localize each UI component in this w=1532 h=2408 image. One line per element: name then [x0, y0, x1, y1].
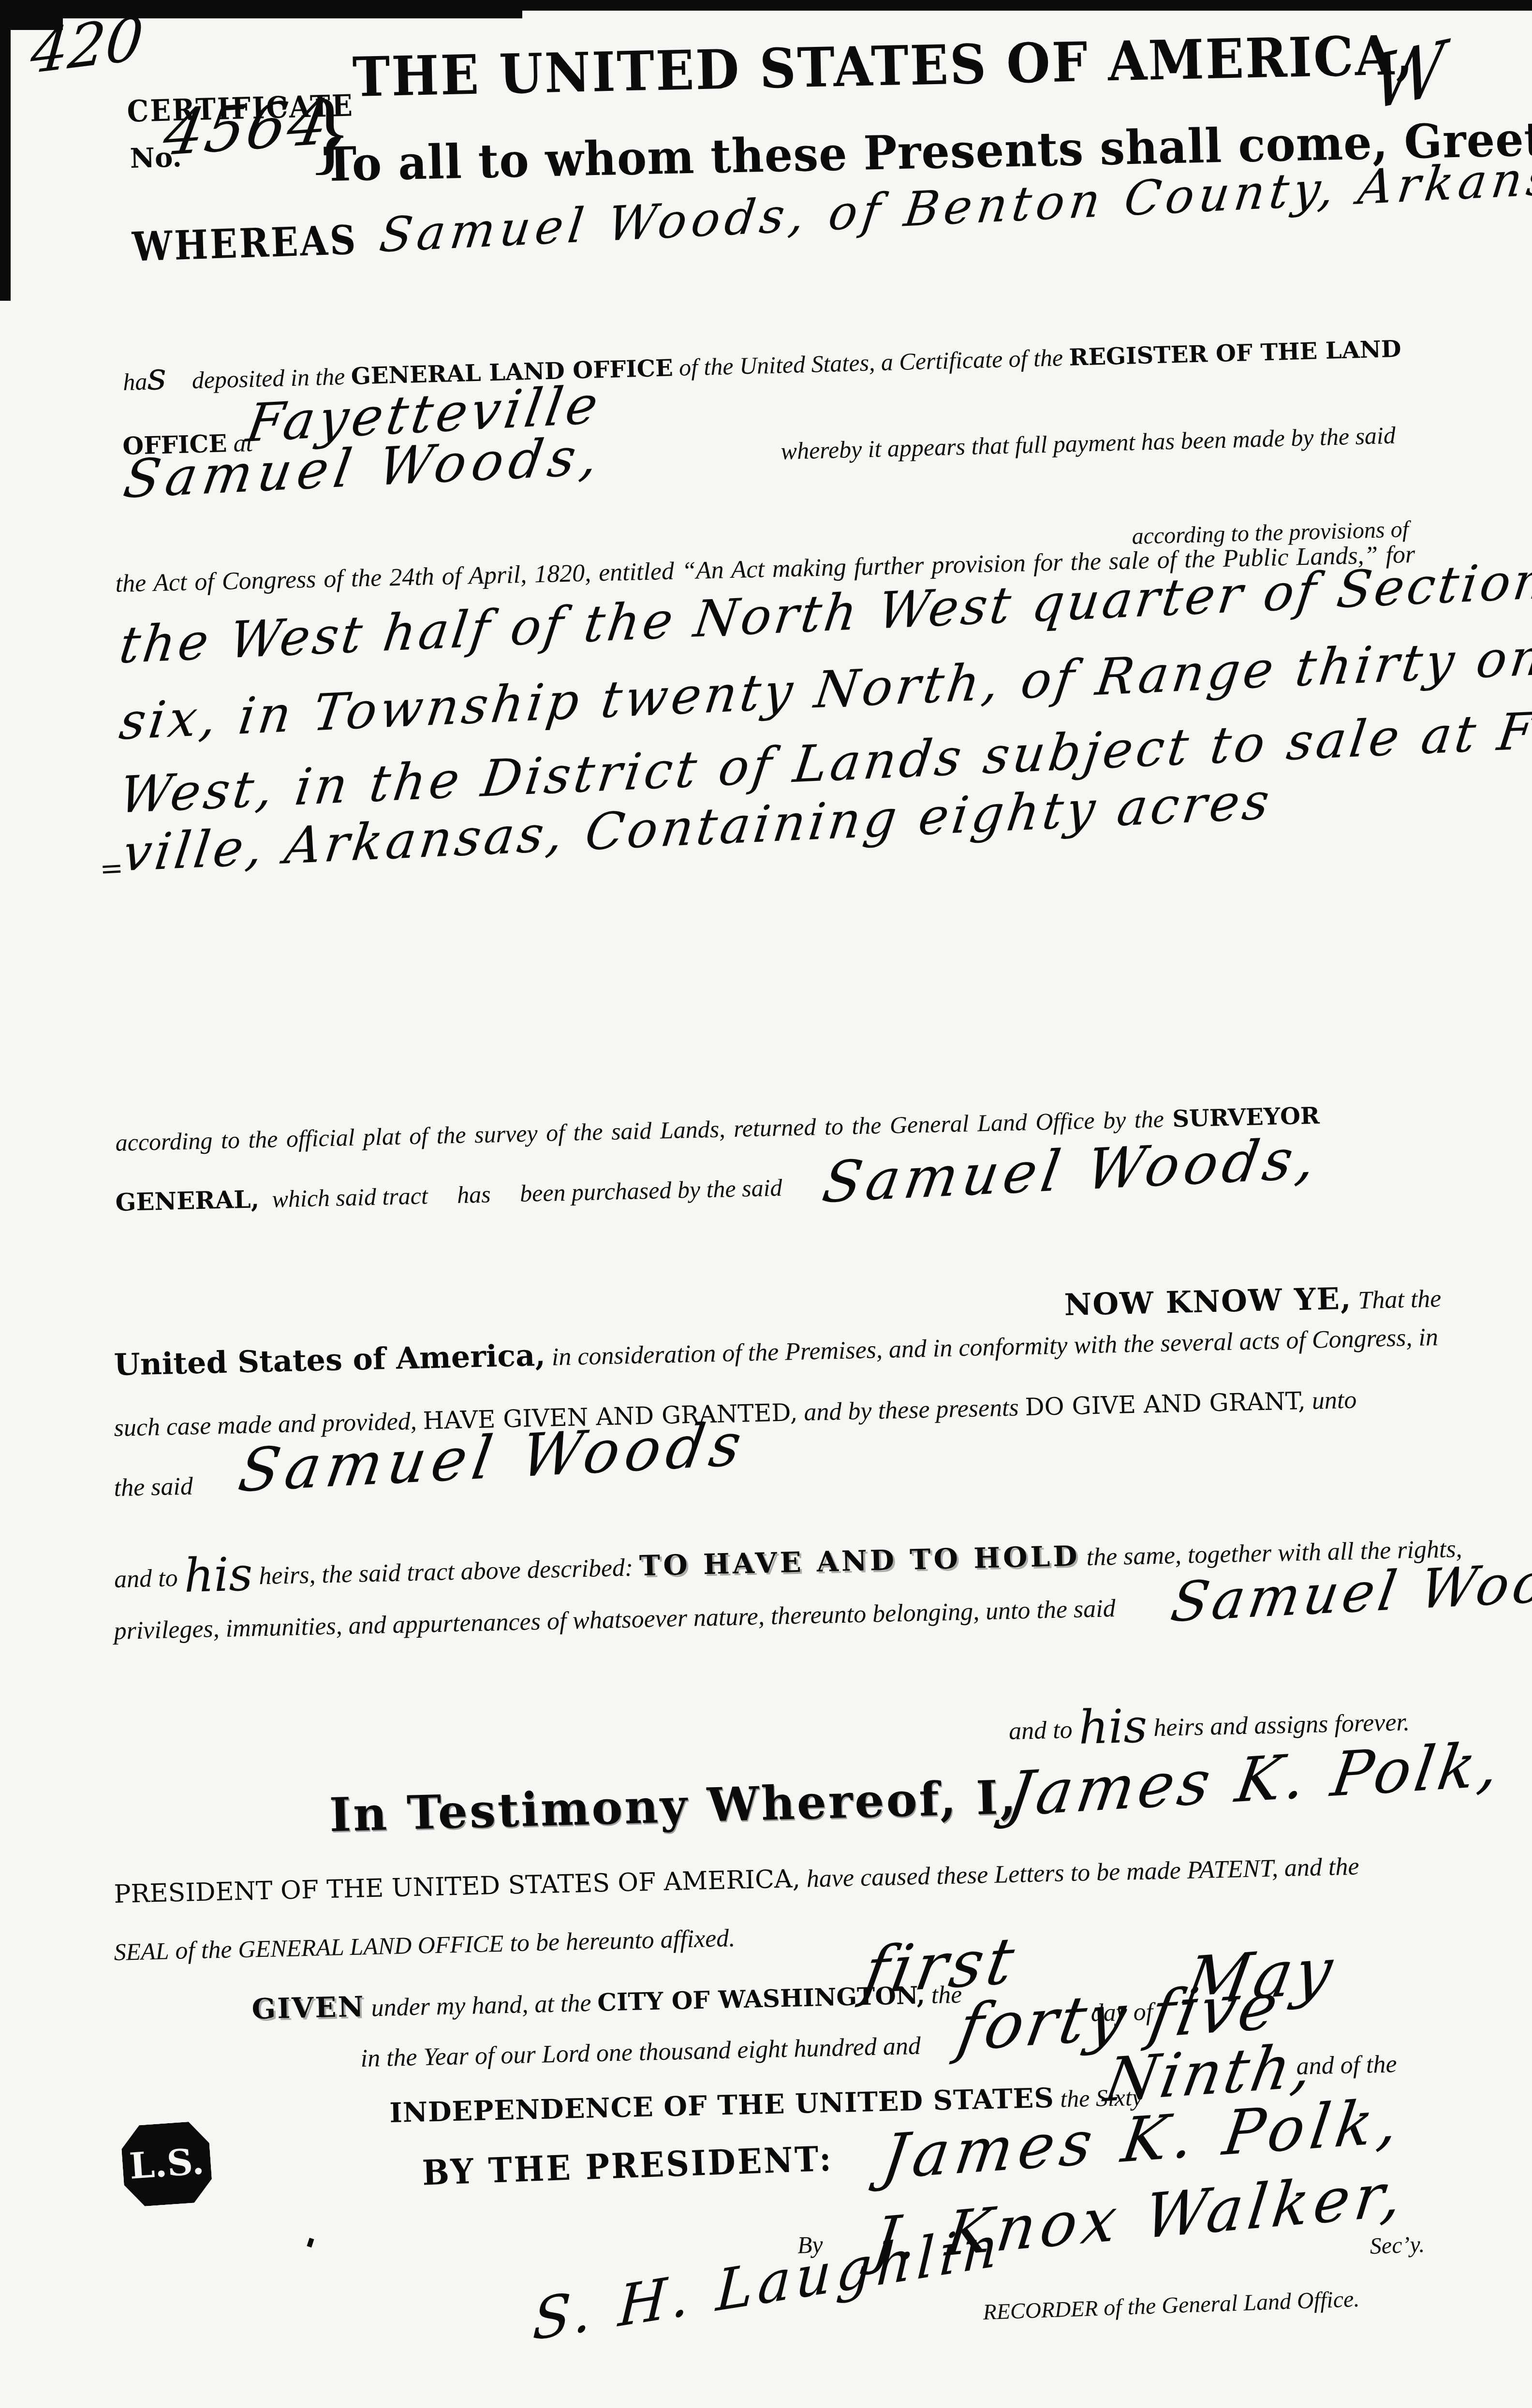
- such-case-c: and by these presents: [804, 1394, 1019, 1426]
- deposit-t2: of the United States, a Certificate of t…: [678, 344, 1063, 381]
- by-the-president: BY THE PRESIDENT:: [422, 2141, 834, 2190]
- recorder-rest: of the General Land Office.: [1103, 2286, 1360, 2320]
- now-know-ye-line: NOW KNOW YE, That the: [1064, 1281, 1442, 1320]
- plat-t3: been purchased by the said: [519, 1174, 782, 1207]
- president-line: PRESIDENT OF THE UNITED STATES OF AMERIC…: [114, 1854, 1359, 1908]
- deposit-whereby: whereby it appears that full payment has…: [781, 423, 1396, 463]
- scan-edge-top-right: [551, 2, 1532, 10]
- president-caps: PRESIDENT OF THE UNITED STATES OF AMERIC…: [114, 1865, 801, 1909]
- deposit-register: REGISTER OF THE LAND: [1069, 336, 1401, 371]
- corner-mark: W: [1371, 31, 1446, 121]
- given-line: GIVEN under my hand, at the CITY OF WASH…: [251, 1979, 962, 2024]
- deposit-has-hw: s: [147, 355, 167, 399]
- seal-of-the: of the: [175, 1936, 232, 1965]
- his-2: his: [1078, 1699, 1148, 1755]
- ls-seal: L.S.: [120, 2120, 213, 2207]
- recorder-signature: S. H. Laughlin: [531, 2217, 1004, 2349]
- plat-purchaser: Samuel Woods,: [819, 1131, 1324, 1211]
- privileges-line: privileges, immunities, and appurtenance…: [114, 1596, 1116, 1644]
- usa-line: United States of America, in considerati…: [114, 1320, 1438, 1380]
- plat-line-2: GENERAL, which said tract has been purch…: [115, 1175, 782, 1215]
- in-testimony: In Testimony Whereof, I,: [329, 1774, 1018, 1838]
- to-have-and-to-hold: TO HAVE AND TO HOLD: [639, 1540, 1080, 1583]
- scan-edge-left-strip: [0, 0, 11, 301]
- seal-affixed: to be hereunto affixed.: [510, 1924, 736, 1957]
- now-know-ye: NOW KNOW YE,: [1064, 1281, 1352, 1322]
- usa-bold: United States of America,: [114, 1337, 546, 1382]
- such-case-e: unto: [1311, 1386, 1357, 1415]
- plat-has: has: [457, 1180, 491, 1208]
- page-number: 420: [29, 9, 146, 83]
- habendum-t3: heirs, the said tract above described:: [259, 1554, 633, 1590]
- plat-general: GENERAL,: [115, 1185, 260, 1217]
- whereas-label: WHEREAS: [132, 220, 358, 267]
- given-word: GIVEN: [251, 1990, 365, 2026]
- his-1: his: [183, 1547, 253, 1603]
- ls-seal-text: L.S.: [128, 2144, 205, 2185]
- and-to-1: and to: [114, 1564, 178, 1593]
- deposit-line-1: has deposited in the GENERAL LAND OFFICE…: [122, 325, 1401, 396]
- seal-word: SEAL: [114, 1937, 169, 1966]
- year-line: in the Year of our Lord one thousand eig…: [360, 2034, 921, 2071]
- document-page: 420 CERTIFICATE No. 4564, } THE UNITED S…: [0, 0, 1532, 2408]
- and-to-2: and to: [1009, 1716, 1073, 1745]
- seal-glo: GENERAL LAND OFFICE: [238, 1930, 504, 1963]
- patent-rest: have caused these Letters to be made PAT…: [806, 1853, 1359, 1893]
- such-case-d: DO GIVE AND GRANT,: [1025, 1387, 1306, 1421]
- that-the: That the: [1358, 1285, 1442, 1314]
- recorder-line: RECORDER of the General Land Office.: [983, 2288, 1360, 2324]
- plat-t2: which said tract: [272, 1182, 428, 1212]
- document-title: THE UNITED STATES OF AMERICA,: [352, 28, 1415, 104]
- scan-speck: [307, 2238, 314, 2247]
- secy-label: Sec’y.: [1370, 2233, 1425, 2258]
- the-said-label: the said: [114, 1474, 193, 1501]
- recorder-caps: RECORDER: [983, 2296, 1098, 2324]
- given-under-hand: under my hand, at the: [371, 1989, 591, 2022]
- seal-line: SEAL of the GENERAL LAND OFFICE to be he…: [114, 1926, 736, 1965]
- usa-rest: in consideration of the Premises, and in…: [551, 1323, 1438, 1371]
- deposit-has-printed: ha: [123, 368, 147, 396]
